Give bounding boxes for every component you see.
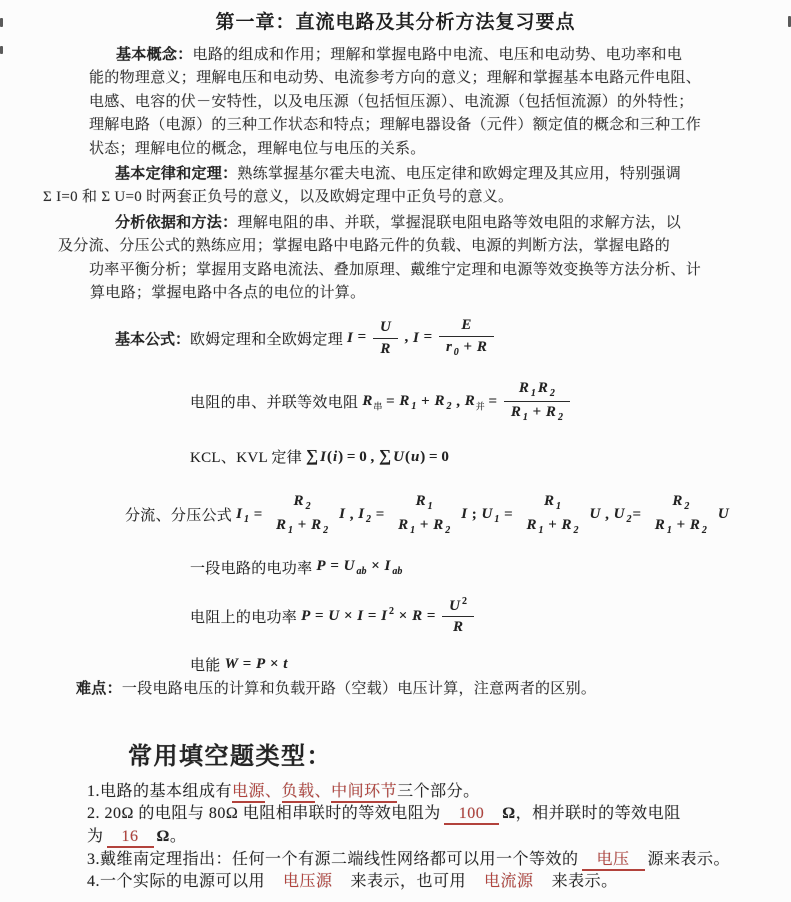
paragraph-text: 理解电阻的串、并联，掌握混联电阻电路等效电阻的求解方法，以 <box>237 215 681 231</box>
fill-in-text: 来表示。 <box>552 873 618 890</box>
fill-in-text: 源来表示。 <box>648 851 731 868</box>
formula-caption: 欧姆定理和全欧姆定理 <box>190 328 343 349</box>
paragraph-line: 理解电路（电源）的三种工作状态和特点；理解电器设备（元件）额定值的概念和三种工作 <box>89 114 791 137</box>
fill-in-item-1: 1.电路的基本组成有电源、负载、中间环节三个部分。 <box>87 781 791 804</box>
fill-in-text: Ω <box>502 805 515 822</box>
paragraph-line: 能的物理意义；理解电压和电动势、电流参考方向的意义；理解和掌握基本电路元件电阻、 <box>89 67 791 90</box>
page-title: 第一章：直流电路及其分析方法复习要点 <box>0 7 791 34</box>
formula-ohm-law: 基本公式：欧姆定理和全欧姆定理I = UR , I = Er0 + R <box>115 315 791 360</box>
fill-in-answer: 100 <box>444 805 500 825</box>
fill-in-text: 1.电路的基本组成有 <box>87 783 232 800</box>
fill-in-text: 2. 20Ω 的电阻与 80Ω 电阻相串联时的等效电阻为 <box>87 805 441 822</box>
formula-caption: 电阻上的电功率 <box>190 606 297 627</box>
difficulty-label: 难点： <box>76 681 122 697</box>
fill-in-item-4: 4.一个实际的电源可以用电压源来表示，也可用电流源来表示。 <box>87 871 791 894</box>
paragraph-label: 基本定律和定理： <box>115 166 237 182</box>
paragraph-label: 分析依据和方法： <box>115 215 237 231</box>
paragraph-line: Σ I=0 和 Σ U=0 时两套正负号的意义，以及欧姆定理中正负号的意义。 <box>43 186 791 209</box>
formula-caption: 电能 <box>190 654 221 675</box>
fill-in-answer: 16 <box>107 828 154 848</box>
difficulty-note: 难点：一段电路电压的计算和负载开路（空载）电压计算，注意两者的区别。 <box>76 678 791 701</box>
fill-in-answer: 电压源 <box>268 873 348 890</box>
paragraph-line: 及分流、分压公式的熟练应用；掌握电路中电路元件的负载、电源的判断方法，掌握电路的 <box>58 235 791 258</box>
formula-kcl-kvl: KCL、KVL 定律∑I(i) = 0 , ∑U(u) = 0 <box>190 446 791 467</box>
fill-in-text: 为 <box>87 828 104 845</box>
math-expression: I1 = R2R1 + R2I , I2 = R1R1 + R2I ; U1 =… <box>235 491 730 539</box>
formula-series-parallel-resistance: 电阻的串、并联等效电阻R串 = R1 + R2 , R并 = R1R2R1 + … <box>190 378 791 426</box>
document-page: 第一章：直流电路及其分析方法复习要点 基本概念：电路的组成和作用；理解和掌握电路… <box>0 7 791 902</box>
formula-caption: 一段电路的电功率 <box>190 557 312 578</box>
math-expression: P = U × I = I2 × R = U2R <box>300 595 477 639</box>
paragraph-line: 电感、电容的伏－安特性，以及电压源（包括恒压源）、电流源（包括恒流源）的外特性； <box>89 91 791 114</box>
paragraph-line: 分析依据和方法：理解电阻的串、并联，掌握混联电阻电路等效电阻的求解方法，以 <box>115 212 791 235</box>
scan-artifact <box>0 46 3 54</box>
fill-in-item-2: 2. 20Ω 的电阻与 80Ω 电阻相串联时的等效电阻为100Ω，相并联时的等效… <box>87 803 791 826</box>
fill-in-answer: 、 <box>265 783 282 800</box>
paragraph-line: 功率平衡分析；掌握用支路电流法、叠加原理、戴维宁定理和电源等效变换等方法分析、计 <box>89 259 791 282</box>
formula-section-label: 基本公式： <box>115 328 190 349</box>
formula-caption: 分流、分压公式 <box>125 504 232 525</box>
paragraph-line: 基本概念：电路的组成和作用；理解和掌握电路中电流、电压和电动势、电功率和电 <box>116 44 791 67</box>
paragraph-text: 电路的组成和作用；理解和掌握电路中电流、电压和电动势、电功率和电 <box>193 47 683 63</box>
fill-in-text: 来表示，也可用 <box>351 873 467 890</box>
fill-in-answer: 、 <box>315 783 332 800</box>
difficulty-text: 一段电路电压的计算和负载开路（空载）电压计算，注意两者的区别。 <box>122 681 596 697</box>
formula-circuit-power: 一段电路的电功率P = Uab × Iab <box>190 557 791 578</box>
scan-artifact <box>0 18 3 27</box>
paragraph-text: 熟练掌握基尔霍夫电流、电压定律和欧姆定理及其应用，特别强调 <box>237 166 681 182</box>
fill-in-text: Ω <box>157 828 170 845</box>
fill-in-text: 。 <box>170 828 187 845</box>
formula-caption: 电阻的串、并联等效电阻 <box>190 391 358 412</box>
fill-in-item-3: 3.戴维南定理指出：任何一个有源二端线性网络都可以用一个等效的电压源来表示。 <box>87 849 791 872</box>
fill-in-list: 1.电路的基本组成有电源、负载、中间环节三个部分。 2. 20Ω 的电阻与 80… <box>0 781 791 895</box>
fill-in-text: 3.戴维南定理指出：任何一个有源二端线性网络都可以用一个等效的 <box>87 851 579 868</box>
paragraph-line: 状态；理解电位的概念，理解电位与电压的关系。 <box>89 138 791 161</box>
section-heading-fill-in-types: 常用填空题类型： <box>128 736 791 771</box>
fill-in-text: 三个部分。 <box>397 783 480 800</box>
formula-resistor-power: 电阻上的电功率P = U × I = I2 × R = U2R <box>190 595 791 639</box>
math-expression: W = P × t <box>224 656 289 673</box>
math-expression: R串 = R1 + R2 , R并 = R1R2R1 + R2 <box>361 378 573 426</box>
fill-in-answer: 电压 <box>582 851 645 871</box>
formula-caption: KCL、KVL 定律 <box>190 446 302 467</box>
fill-in-item-2-continued: 为16Ω。 <box>87 826 791 849</box>
math-expression: P = Uab × Iab <box>315 558 403 577</box>
fill-in-answer: 负载 <box>282 783 315 803</box>
paragraph-line: 算电路；掌握电路中各点的电位的计算。 <box>90 282 791 305</box>
fill-in-answer: 电流源 <box>469 873 549 890</box>
math-expression: I = UR , I = Er0 + R <box>346 315 497 360</box>
fill-in-text: ，相并联时的等效电阻 <box>516 805 681 822</box>
math-expression: ∑I(i) = 0 , ∑U(u) = 0 <box>305 446 449 466</box>
formula-divider-rules: 分流、分压公式I1 = R2R1 + R2I , I2 = R1R1 + R2I… <box>125 491 791 539</box>
fill-in-text: 4.一个实际的电源可以用 <box>87 873 265 890</box>
fill-in-answer: 电源 <box>232 783 265 803</box>
formula-electric-energy: 电能W = P × t <box>190 654 791 675</box>
fill-in-answer: 中间环节 <box>331 783 397 803</box>
paragraph-line: 基本定律和定理：熟练掌握基尔霍夫电流、电压定律和欧姆定理及其应用，特别强调 <box>115 163 791 186</box>
paragraph-label: 基本概念： <box>116 47 193 63</box>
